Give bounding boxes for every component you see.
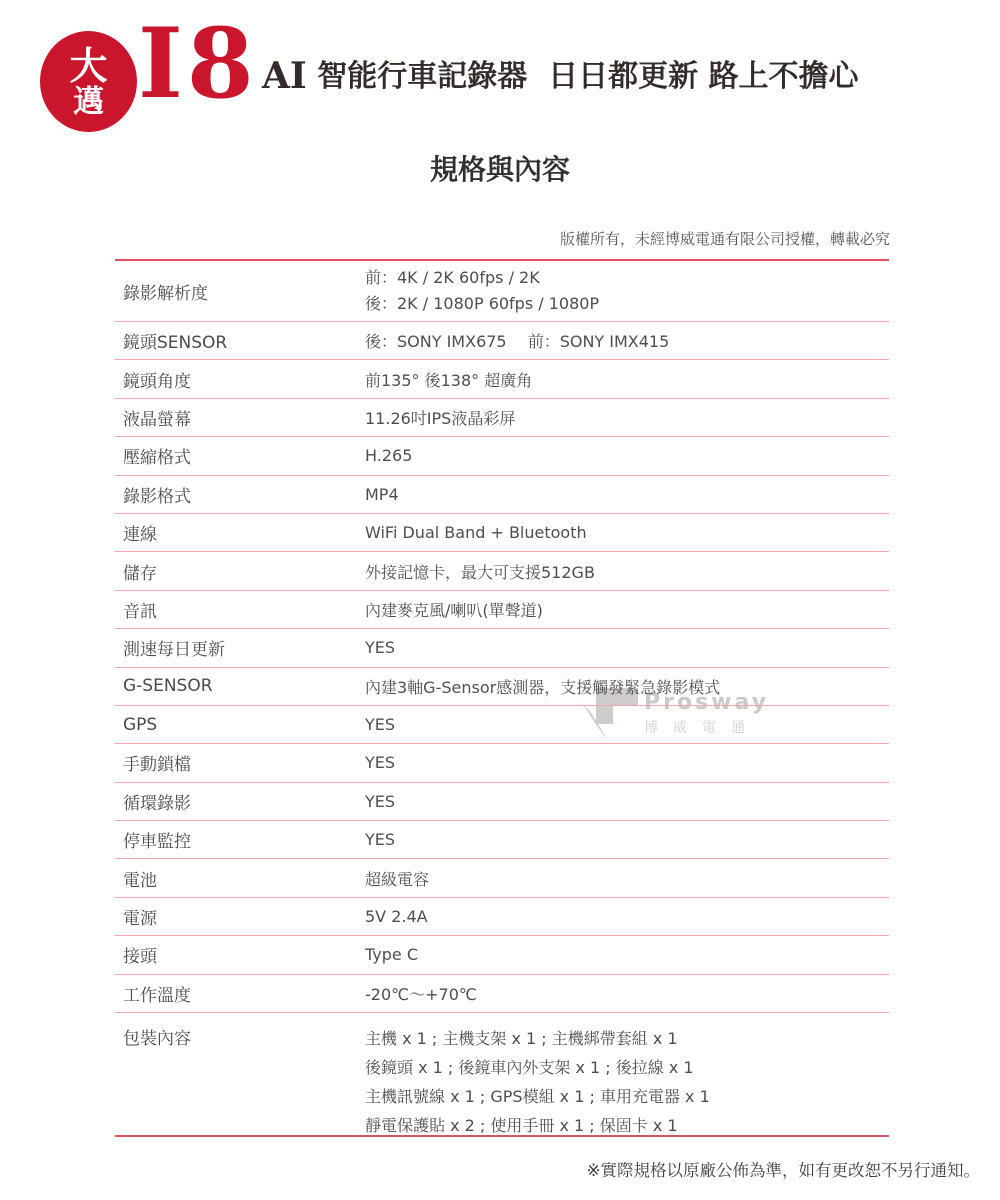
spec-value: YES — [365, 792, 889, 811]
spec-row: 錄影解析度前：4K / 2K 60fps / 2K後：2K / 1080P 60… — [115, 261, 889, 322]
spec-row: 接頭Type C — [115, 936, 889, 974]
copyright-notice: 版權所有，未經博威電通有限公司授權，轉載必究 — [560, 228, 890, 249]
spec-label: 壓縮格式 — [115, 443, 365, 468]
spec-value: 11.26吋IPS液晶彩屏 — [365, 406, 889, 429]
disclaimer-footnote: ※實際規格以原廠公佈為準，如有更改恕不另行通知。 — [587, 1157, 980, 1181]
product-tagline: AI 智能行車記錄器 日日都更新 路上不擔心 — [262, 57, 859, 97]
spec-label: 測速每日更新 — [115, 635, 365, 660]
spec-label: 包裝內容 — [115, 1024, 365, 1049]
spec-value: 前135° 後138° 超廣角 — [365, 368, 889, 391]
spec-value: YES — [365, 830, 889, 849]
spec-value: WiFi Dual Band + Bluetooth — [365, 523, 889, 542]
spec-label: 鏡頭角度 — [115, 367, 365, 392]
spec-row: 壓縮格式H.265 — [115, 437, 889, 475]
spec-label: 連線 — [115, 520, 365, 545]
spec-label: 電源 — [115, 904, 365, 929]
spec-value: 後：SONY IMX675 前：SONY IMX415 — [365, 329, 889, 352]
spec-row: 測速每日更新YES — [115, 629, 889, 667]
brand-logo-badge: 大 邁 — [40, 31, 137, 132]
spec-label: 儲存 — [115, 559, 365, 584]
spec-value: YES — [365, 753, 889, 772]
spec-row: 鏡頭SENSOR後：SONY IMX675 前：SONY IMX415 — [115, 322, 889, 360]
spec-row: 包裝內容主機 x 1 ; 主機支架 x 1 ; 主機綁帶套組 x 1後鏡頭 x … — [115, 1013, 889, 1137]
spec-value: Type C — [365, 945, 889, 964]
spec-row: 停車監控YES — [115, 821, 889, 859]
spec-label: 循環錄影 — [115, 789, 365, 814]
spec-row: 連線WiFi Dual Band + Bluetooth — [115, 514, 889, 552]
brand-badge-char-bottom: 邁 — [73, 87, 104, 118]
spec-value: MP4 — [365, 485, 889, 504]
spec-label: 錄影格式 — [115, 482, 365, 507]
spec-value: 超級電容 — [365, 867, 889, 890]
spec-row: 手動鎖檔YES — [115, 744, 889, 782]
spec-value: 5V 2.4A — [365, 907, 889, 926]
spec-label: 手動鎖檔 — [115, 750, 365, 775]
spec-row: GPSYES — [115, 706, 889, 744]
spec-label: G-SENSOR — [115, 676, 365, 696]
spec-row: 電池超級電容 — [115, 859, 889, 897]
spec-row: 音訊內建麥克風/喇叭(單聲道) — [115, 591, 889, 629]
spec-row: 鏡頭角度前135° 後138° 超廣角 — [115, 360, 889, 398]
spec-value: YES — [365, 638, 889, 657]
spec-value: YES — [365, 715, 889, 734]
spec-value: 主機 x 1 ; 主機支架 x 1 ; 主機綁帶套組 x 1後鏡頭 x 1 ; … — [365, 1024, 889, 1140]
brand-badge-char-top: 大 — [69, 47, 107, 85]
spec-label: 音訊 — [115, 597, 365, 622]
spec-label: 鏡頭SENSOR — [115, 328, 365, 353]
spec-value: -20℃～+70℃ — [365, 982, 889, 1005]
spec-label: 錄影解析度 — [115, 279, 365, 304]
spec-label: GPS — [115, 715, 365, 735]
spec-row: 錄影格式MP4 — [115, 476, 889, 514]
spec-row: G-SENSOR內建3軸G-Sensor感測器，支援觸發緊急錄影模式 — [115, 668, 889, 706]
spec-row: 儲存外接記憶卡，最大可支援512GB — [115, 552, 889, 590]
spec-label: 接頭 — [115, 942, 365, 967]
spec-value: 內建3軸G-Sensor感測器，支援觸發緊急錄影模式 — [365, 675, 889, 698]
spec-value: 內建麥克風/喇叭(單聲道) — [365, 598, 889, 621]
section-title: 規格與內容 — [0, 148, 1000, 188]
tagline-text: 智能行車記錄器 日日都更新 路上不擔心 — [307, 59, 859, 94]
model-name: I8 — [138, 16, 258, 112]
spec-label: 液晶螢幕 — [115, 405, 365, 430]
spec-table: 錄影解析度前：4K / 2K 60fps / 2K後：2K / 1080P 60… — [115, 259, 889, 1137]
spec-table-body: 錄影解析度前：4K / 2K 60fps / 2K後：2K / 1080P 60… — [115, 261, 889, 1137]
tagline-ai-prefix: AI — [262, 55, 307, 97]
spec-row: 循環錄影YES — [115, 783, 889, 821]
spec-row: 工作溫度-20℃～+70℃ — [115, 975, 889, 1013]
spec-row: 電源5V 2.4A — [115, 898, 889, 936]
spec-value: 前：4K / 2K 60fps / 2K後：2K / 1080P 60fps /… — [365, 265, 889, 317]
spec-row: 液晶螢幕11.26吋IPS液晶彩屏 — [115, 399, 889, 437]
spec-value: 外接記憶卡，最大可支援512GB — [365, 560, 889, 583]
spec-label: 電池 — [115, 866, 365, 891]
spec-label: 停車監控 — [115, 827, 365, 852]
spec-label: 工作溫度 — [115, 981, 365, 1006]
spec-value: H.265 — [365, 446, 889, 465]
